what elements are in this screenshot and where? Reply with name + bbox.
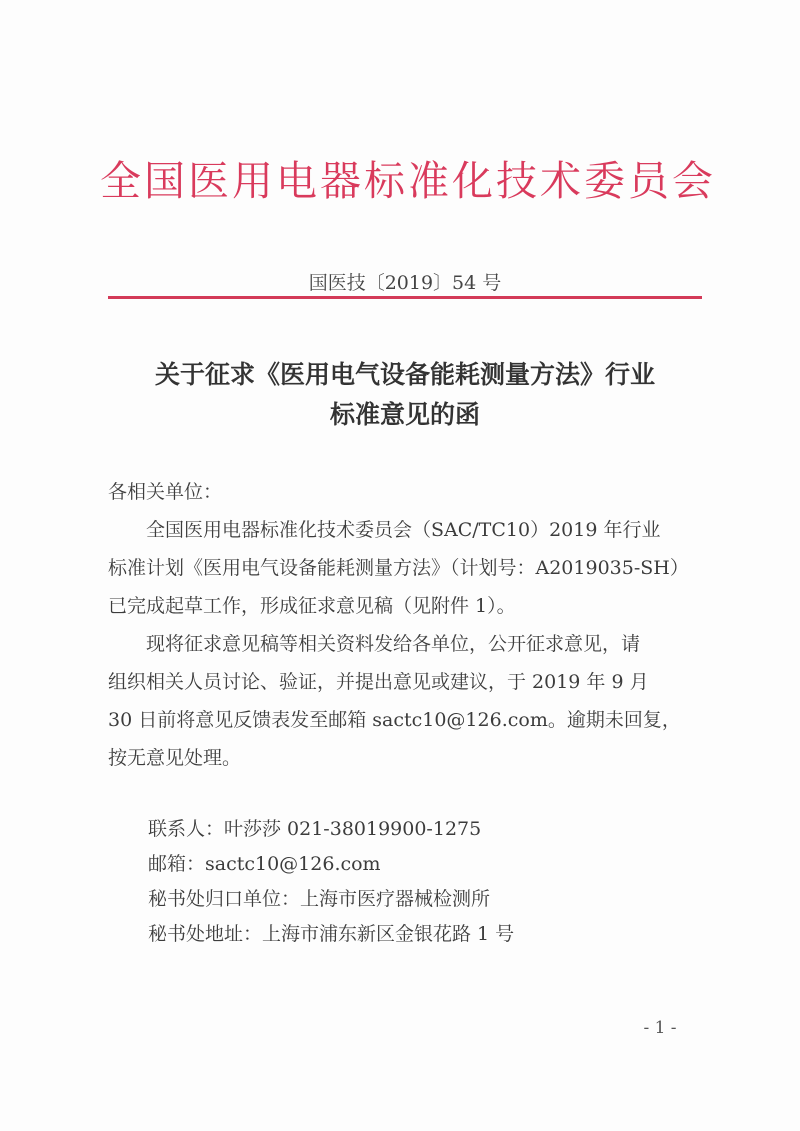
paragraph-line: 已完成起草工作，形成征求意见稿（见附件 1）。 [108,587,708,625]
contact-email: 邮箱：sactc10@126.com [148,847,668,882]
paragraph-1: 全国医用电器标准化技术委员会（SAC/TC10）2019 年行业 标准计划《医用… [108,511,708,625]
document-page: 全国医用电器标准化技术委员会 国医技〔2019〕54 号 关于征求《医用电气设备… [0,0,800,1131]
contact-block: 联系人：叶莎莎 021-38019900-1275 邮箱：sactc10@126… [148,812,668,952]
paragraph-line: 组织相关人员讨论、验证，并提出意见或建议，于 2019 年 9 月 [108,663,708,701]
title-line-1: 关于征求《医用电气设备能耗测量方法》行业 [100,355,710,395]
paragraph-line: 标准计划《医用电气设备能耗测量方法》（计划号：A2019035-SH） [108,549,708,587]
letterhead-organization: 全国医用电器标准化技术委员会 [100,148,710,207]
salutation: 各相关单位： [108,473,708,511]
paragraph-line: 按无意见处理。 [108,739,708,777]
document-title: 关于征求《医用电气设备能耗测量方法》行业 标准意见的函 [100,355,710,435]
paragraph-line: 30 日前将意见反馈表发至邮箱 sactc10@126.com。逾期未回复， [108,701,708,739]
contact-person: 联系人：叶莎莎 021-38019900-1275 [148,812,668,847]
page-number: - 1 - [620,1018,700,1038]
red-divider-line [108,296,702,299]
title-line-2: 标准意见的函 [100,395,710,435]
secretariat-unit: 秘书处归口单位：上海市医疗器械检测所 [148,882,668,917]
paragraph-line: 现将征求意见稿等相关资料发给各单位，公开征求意见，请 [108,625,708,663]
paragraph-2: 现将征求意见稿等相关资料发给各单位，公开征求意见，请 组织相关人员讨论、验证，并… [108,625,708,777]
paragraph-line: 全国医用电器标准化技术委员会（SAC/TC10）2019 年行业 [108,511,708,549]
document-number: 国医技〔2019〕54 号 [100,268,710,295]
secretariat-address: 秘书处地址：上海市浦东新区金银花路 1 号 [148,917,668,952]
